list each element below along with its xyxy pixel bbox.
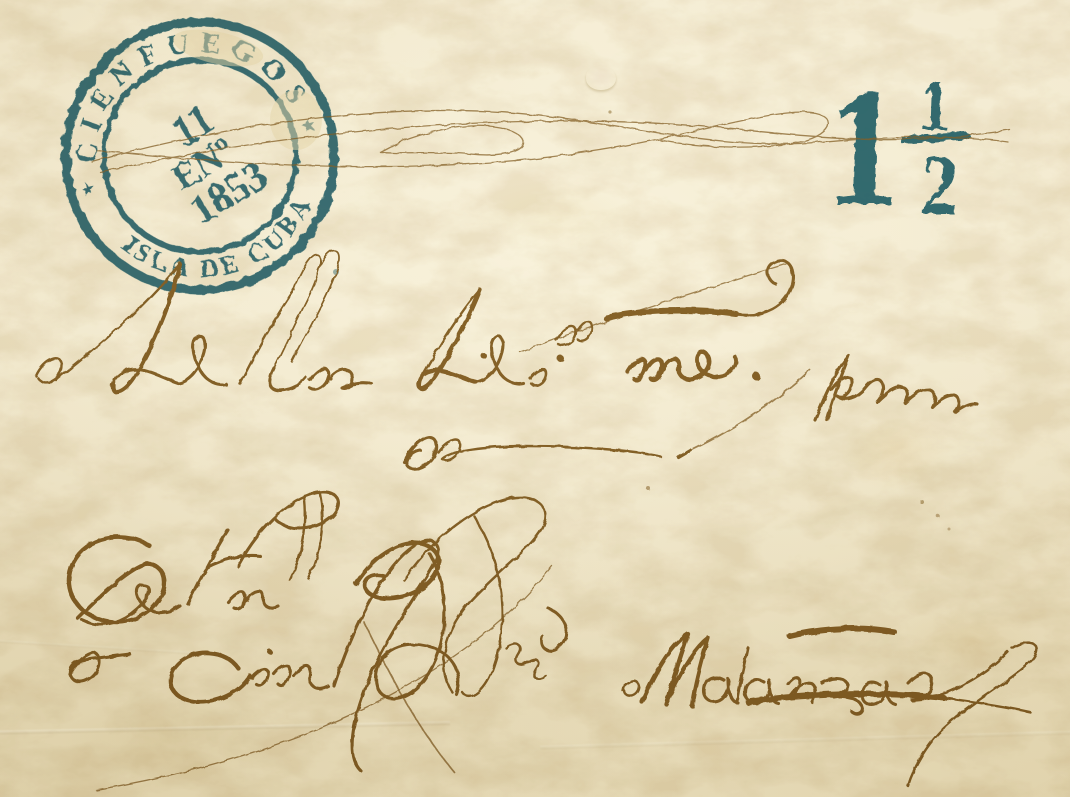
rate-whole-digit: 1 [823,52,904,241]
rate-mark-one-and-half: 1 1 2 [823,52,966,241]
letter-cover: CIENFUEGOS ISLA DE CUBA ★ ★ 11 ENº 1853 [0,0,1070,797]
rate-fraction-denominator: 2 [919,138,960,234]
ink-layer: CIENFUEGOS ISLA DE CUBA ★ ★ 11 ENº 1853 [0,0,1070,797]
